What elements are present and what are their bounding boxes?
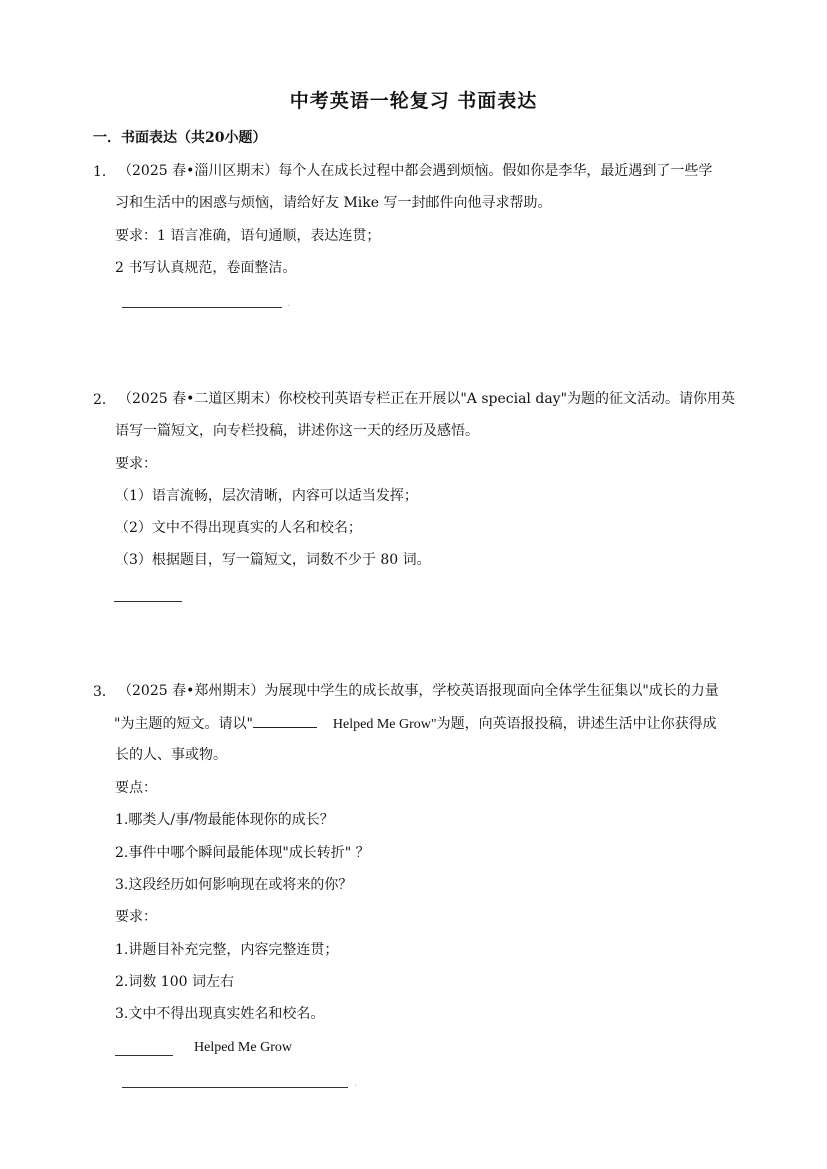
- title-answer-blank[interactable]: [115, 1055, 173, 1056]
- requirement-line: 要求：1 语言准确，语句通顺，表达连贯；: [115, 226, 380, 246]
- requirement-line: 3.文中不得出现真实姓名和校名。: [115, 1004, 324, 1024]
- point-line: 2.事件中哪个瞬间最能体现"成长转折" ？: [115, 843, 370, 863]
- question-number: 3．: [93, 681, 116, 701]
- requirement-line: （3）根据题目，写一篇短文，词数不少于 80 词。: [115, 550, 431, 570]
- requirement-line: （2）文中不得出现真实的人名和校名；: [115, 518, 362, 538]
- question-number: 2．: [93, 389, 116, 409]
- requirements-label: 要求：: [115, 907, 157, 927]
- answer-line[interactable]: [122, 1087, 348, 1088]
- answer-tail: .: [287, 298, 290, 309]
- requirement-line: 1.讲题目补充完整，内容完整连贯；: [115, 940, 338, 960]
- point-line: 1.哪类人/事/物最能体现你的成长？: [115, 810, 334, 830]
- answer-line[interactable]: [122, 307, 282, 308]
- question-text-line: （2025 春•郑州期末）为展现中学生的成长故事，学校英语报现面向全体学生征集以…: [118, 681, 719, 701]
- point-line: 3.这段经历如何影响现在或将来的你？: [115, 875, 352, 895]
- line-suffix: Helped Me Grow"为题，向英语报投稿，讲述生活中让你获得成: [333, 717, 717, 732]
- section-heading: 一．书面表达（共20小题）: [93, 127, 266, 147]
- question-text-line: （2025 春•淄川区期末）每个人在成长过程中都会遇到烦恼。假如你是李华，最近遇…: [118, 161, 712, 181]
- requirements-label: 要求：: [115, 454, 157, 474]
- title-blank[interactable]: [253, 713, 317, 728]
- question-text-line: 语写一篇短文，向专栏投稿，讲述你这一天的经历及感悟。: [115, 421, 479, 441]
- requirement-line: 2.词数 100 词左右: [115, 972, 234, 992]
- answer-line[interactable]: [114, 601, 182, 602]
- line-prefix: "为主题的短文。请以": [114, 716, 253, 732]
- answer-tail: .: [354, 1078, 357, 1089]
- requirement-line: （1）语言流畅，层次清晰，内容可以适当发挥；: [115, 486, 418, 506]
- points-label: 要点：: [115, 778, 157, 798]
- title-template: Helped Me Grow: [194, 1038, 292, 1058]
- document-title: 中考英语一轮复习 书面表达: [0, 86, 827, 113]
- question-text-line: （2025 春•二道区期末）你校校刊英语专栏正在开展以"A special da…: [118, 389, 735, 409]
- question-number: 1．: [93, 161, 116, 181]
- question-text-line: 习和生活中的困惑与烦恼，请给好友 Mike 写一封邮件向他寻求帮助。: [115, 193, 551, 213]
- question-text-line: 长的人、事或物。: [115, 745, 227, 765]
- document-page: 中考英语一轮复习 书面表达 一．书面表达（共20小题） 1． （2025 春•淄…: [0, 0, 827, 1169]
- question-text-line: "为主题的短文。请以"Helped Me Grow"为题，向英语报投稿，讲述生活…: [114, 713, 717, 735]
- requirement-line: 2 书写认真规范，卷面整洁。: [115, 258, 296, 278]
